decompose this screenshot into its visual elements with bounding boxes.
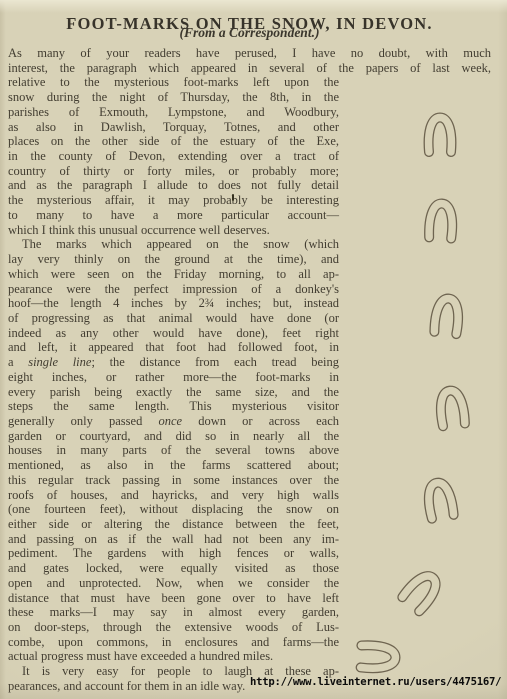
article-byline: (From a Correspondent.) [0,25,499,41]
paragraph: As many of your readers have perused, I … [8,46,492,237]
text-line: relative to the mysterious foot-marks le… [8,75,339,90]
article-body: As many of your readers have perused, I … [8,46,492,694]
text-line: and passing on as if the wall had not be… [8,532,339,547]
text-line: the mysterious affair, it may probably b… [8,193,339,208]
text-line: roofs of houses, and hayricks, and very … [8,488,339,503]
text-line: open and unprotected. Now, when we consi… [8,576,339,591]
text-line: and left, it appeared that foot had foll… [8,340,339,355]
text-line: hoof—the length 4 inches by 2¾ inches; b… [8,296,339,311]
text-line: and as the paragraph I allude to does no… [8,178,339,193]
text-line: combe, upon commons, in enclosures and f… [8,635,339,650]
text-line: distance that must have been gone over t… [8,591,339,606]
watermark-url: http://www.liveinternet.ru/users/4475167… [250,676,501,688]
text-line: every parish being exactly the same size… [8,385,339,400]
text-line: places on the other side of the estuary … [8,134,339,149]
text-line: generally only passed once down or acros… [8,414,339,429]
text-line: interest, the paragraph which appeared i… [8,61,491,76]
text-line: steps the same length. This mysterious v… [8,399,339,414]
text-line: a single line; the distance from each tr… [8,355,339,370]
text-line: in the county of Devon, extending over a… [8,149,339,164]
text-line: either side or altering the distance bet… [8,517,339,532]
text-line: (one fourteen feet), without displacing … [8,502,339,517]
text-line: pediment. The gardens with high fences o… [8,546,339,561]
text-line: lay very thinly on the ground at the tim… [8,252,339,267]
text-line: this regular track passing in some insta… [8,473,339,488]
text-line: as also in Dawlish, Torquay, Totnes, and… [8,120,339,135]
text-line: and gates locked, were equally visited a… [8,561,339,576]
text-line: on door-steps, through the extensive woo… [8,620,339,635]
text-line: The marks which appeared on the snow (wh… [8,237,339,252]
text-line: these marks—I may say in almost every ga… [8,605,339,620]
text-line: parishes of Exmouth, Lympstone, and Wood… [8,105,339,120]
scanned-newspaper-page: FOOT-MARKS ON THE SNOW, IN DEVON. (From … [0,0,507,699]
text-line: which I think this unusual occurrence we… [8,223,339,238]
paragraph: The marks which appeared on the snow (wh… [8,237,492,664]
text-line: country of thirty or forty miles, or pro… [8,164,339,179]
text-line: pearance were the perfect impression of … [8,282,339,297]
text-line: eight inches, or rather more—the foot-ma… [8,370,339,385]
text-line: to many to have a more particular accoun… [8,208,339,223]
ink-artifact [232,194,234,201]
text-line: As many of your readers have perused, I … [8,46,491,61]
text-line: which were seen on the Friday morning, t… [8,267,339,282]
text-line: houses in many parts of the several town… [8,443,339,458]
text-line: indeed as any other would have done), fe… [8,326,339,341]
text-line: garden or courtyard, and did so in nearl… [8,429,339,444]
text-line: mentioned, as also in the farms scattere… [8,458,339,473]
text-line: of progressing as that animal would have… [8,311,339,326]
text-line: actual progress must have exceeded a hun… [8,649,339,664]
text-line: snow during the night of Thursday, the 8… [8,90,339,105]
